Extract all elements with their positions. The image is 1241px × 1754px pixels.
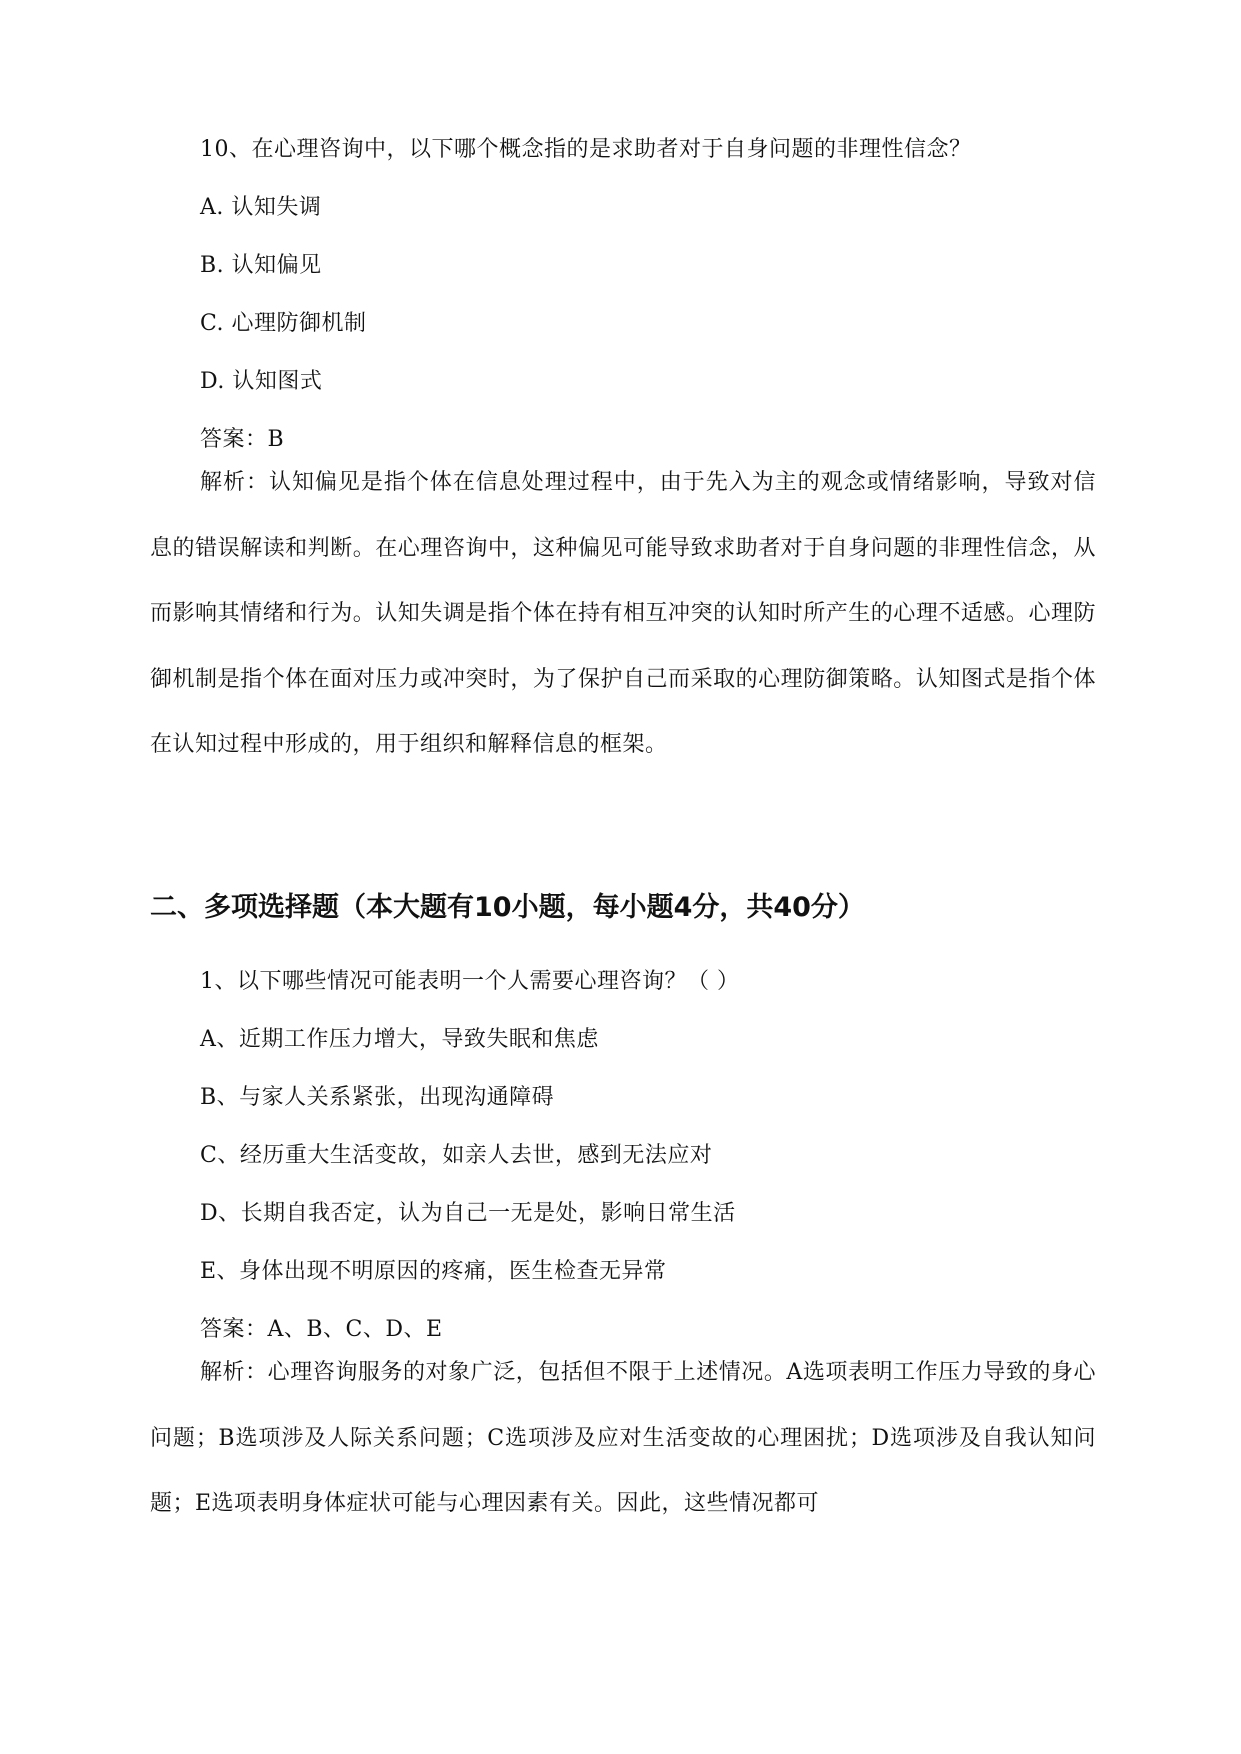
mc-question-1-stem: 1、以下哪些情况可能表明一个人需要心理咨询？（ ）: [200, 967, 740, 997]
question-10-option-b: B. 认知偏见: [200, 251, 322, 281]
mc-question-1-option-c: C、经历重大生活变故，如亲人去世，感到无法应对: [200, 1141, 712, 1171]
question-10-stem: 10、在心理咨询中，以下哪个概念指的是求助者对于自身问题的非理性信念？: [200, 135, 972, 165]
question-10-option-d: D. 认知图式: [200, 367, 322, 397]
mc-question-1-option-a: A、近期工作压力增大，导致失眠和焦虑: [200, 1025, 599, 1055]
document-page: 10、在心理咨询中，以下哪个概念指的是求助者对于自身问题的非理性信念？ A. 认…: [0, 0, 1241, 1754]
mc-question-1-explanation: 解析：心理咨询服务的对象广泛，包括但不限于上述情况。A选项表明工作压力导致的身心…: [150, 1340, 1096, 1537]
mc-question-1-option-e: E、身体出现不明原因的疼痛，医生检查无异常: [200, 1257, 667, 1287]
question-10-option-c: C. 心理防御机制: [200, 309, 367, 339]
question-10-option-a: A. 认知失调: [200, 193, 321, 223]
mc-question-1-option-b: B、与家人关系紧张，出现沟通障碍: [200, 1083, 554, 1113]
section-2-heading: 二、多项选择题（本大题有10小题，每小题4分，共40分）: [150, 890, 865, 926]
mc-question-1-option-d: D、长期自我否定，认为自己一无是处，影响日常生活: [200, 1199, 736, 1229]
question-10-explanation: 解析：认知偏见是指个体在信息处理过程中，由于先入为主的观念或情绪影响，导致对信息…: [150, 450, 1096, 778]
